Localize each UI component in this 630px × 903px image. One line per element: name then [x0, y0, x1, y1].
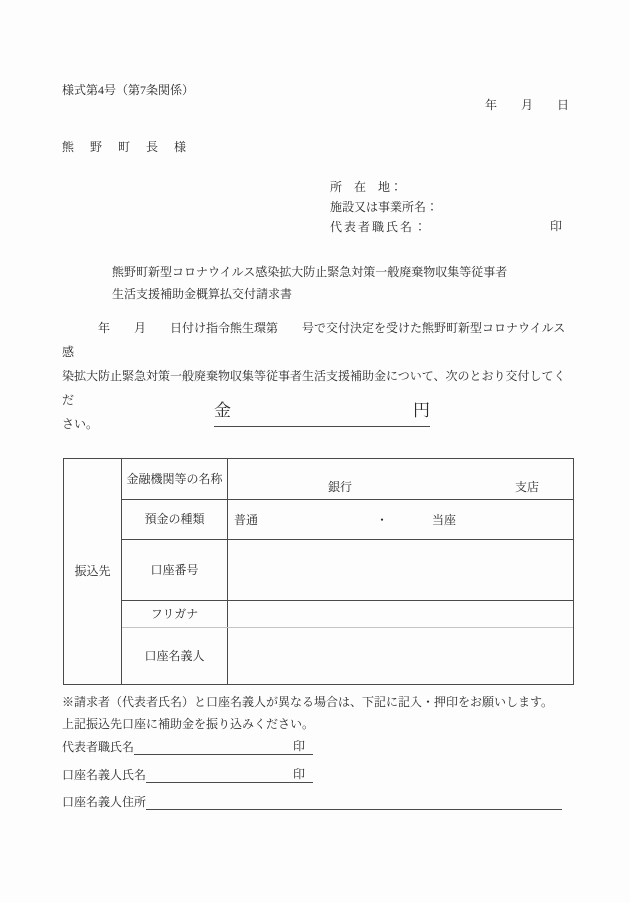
address-field-label[interactable]: 所 在 地：	[330, 177, 438, 197]
holder-address-blank[interactable]	[146, 793, 562, 810]
facility-name-field-label[interactable]: 施設又は事業所名：	[330, 197, 438, 217]
amount-suffix: 円	[413, 400, 430, 423]
table-row-account-number: 口座番号	[122, 540, 573, 601]
bank-transfer-table: 振込先 金融機関等の名称 銀行 支店 預金の種類 普通 ・ 当座 口座番号	[63, 458, 574, 685]
addressee: 熊 野 町 長 様	[62, 139, 188, 155]
document-title-line1: 熊野町新型コロナウイルス感染拡大防止緊急対策一般廃棄物収集等従事者	[112, 261, 507, 283]
account-holder-signature-label: 口座名義人氏名	[62, 767, 146, 783]
deposit-option-touza[interactable]: 当座	[432, 511, 456, 527]
account-holder-signature-blank[interactable]: 印	[146, 766, 313, 783]
account-number-input-cell[interactable]	[228, 540, 573, 600]
bank-name-input-cell[interactable]: 銀行 支店	[228, 459, 573, 499]
representative-signature-label: 代表者職氏名	[62, 739, 134, 755]
document-title: 熊野町新型コロナウイルス感染拡大防止緊急対策一般廃棄物収集等従事者 生活支援補助…	[112, 261, 507, 305]
document-title-line2: 生活支援補助金概算払交付請求書	[112, 283, 507, 305]
deposit-option-futsuu[interactable]: 普通	[234, 511, 258, 527]
account-holder-label: 口座名義人	[122, 628, 228, 684]
deposit-type-choice-cell[interactable]: 普通 ・ 当座	[228, 500, 573, 539]
amount-field[interactable]: 金 円	[214, 401, 430, 427]
deposit-option-separator: ・	[376, 511, 388, 527]
furigana-input-cell[interactable]	[228, 601, 573, 627]
date-field[interactable]: 年 月 日	[485, 97, 569, 113]
signature-row-account-holder: 口座名義人氏名 印	[62, 766, 313, 783]
amount-prefix: 金	[214, 400, 231, 423]
table-row-bank-name: 金融機関等の名称 銀行 支店	[122, 459, 573, 500]
note-line2: 上記振込先口座に補助金を振り込みください。	[62, 716, 314, 732]
account-number-label: 口座番号	[122, 540, 228, 600]
request-form-page: 様式第4号（第7条関係） 年 月 日 熊 野 町 長 様 所 在 地： 施設又は…	[0, 0, 630, 903]
bank-suffix-label: 銀行	[328, 479, 352, 495]
signature-row-representative: 代表者職氏名 印	[62, 738, 313, 755]
table-row-furigana: フリガナ	[122, 601, 573, 628]
table-row-header-furikomisaki: 振込先	[64, 459, 122, 684]
account-holder-input-cell[interactable]	[228, 628, 573, 684]
branch-suffix-label: 支店	[515, 479, 539, 495]
table-row-deposit-type: 預金の種類 普通 ・ 当座	[122, 500, 573, 540]
note-line1: ※請求者（代表者氏名）と口座名義人が異なる場合は、下記に記入・押印をお願いします…	[62, 694, 553, 710]
representative-signature-blank[interactable]: 印	[134, 738, 313, 755]
furigana-label: フリガナ	[122, 601, 228, 627]
table-rows: 金融機関等の名称 銀行 支店 預金の種類 普通 ・ 当座 口座番号 フリ	[122, 459, 573, 684]
representative-name-field-label[interactable]: 代表者職氏名：	[330, 217, 438, 237]
applicant-block: 所 在 地： 施設又は事業所名： 代表者職氏名：	[330, 177, 438, 237]
seal-mark: 印	[293, 767, 305, 781]
bank-name-label: 金融機関等の名称	[122, 459, 228, 499]
table-row-account-holder: 口座名義人	[122, 628, 573, 684]
deposit-type-label: 預金の種類	[122, 500, 228, 539]
form-number: 様式第4号（第7条関係）	[62, 82, 194, 98]
signature-row-holder-address: 口座名義人住所	[62, 793, 562, 810]
seal-mark: 印	[550, 218, 562, 234]
holder-address-label: 口座名義人住所	[62, 794, 146, 810]
body-line1: 年 月 日付け指令熊生環第 号で交付決定を受けた熊野町新型コロナウイルス感	[62, 316, 572, 364]
seal-mark: 印	[293, 739, 305, 753]
